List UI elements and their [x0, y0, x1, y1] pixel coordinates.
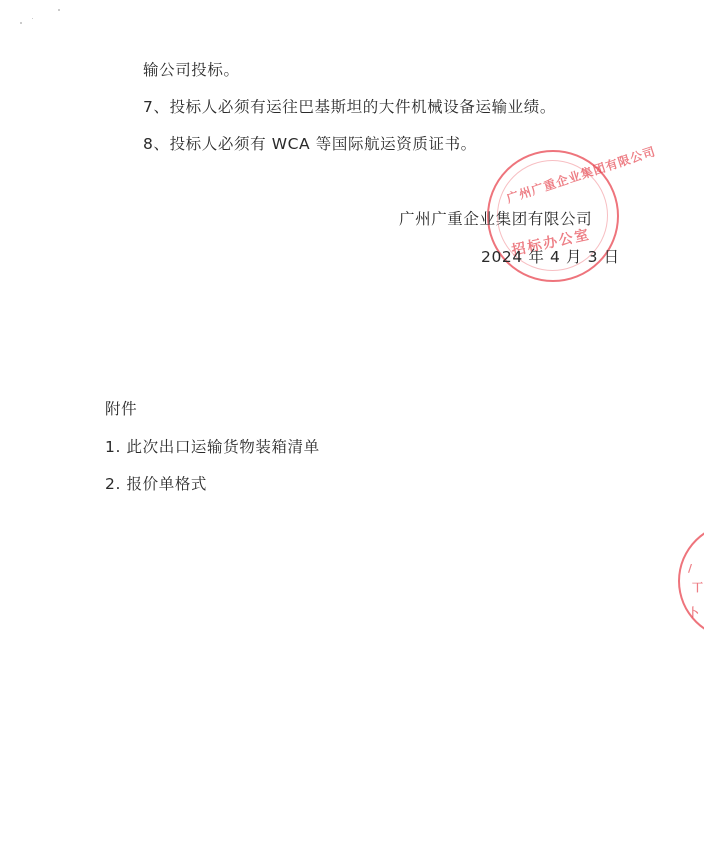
scan-speck	[58, 9, 60, 11]
requirement-item-8: 8、投标人必须有 WCA 等国际航运资质证书。	[143, 134, 477, 154]
attachment-number: 1.	[105, 438, 121, 456]
requirement-item-7: 7、投标人必须有运往巴基斯坦的大件机械设备运输业绩。	[143, 97, 556, 117]
item-number: 8、	[143, 135, 170, 153]
edge-seal-mark: 卜	[688, 604, 699, 620]
attachment-text: 报价单格式	[127, 475, 208, 493]
scan-speck	[20, 22, 22, 24]
attachment-text: 此次出口运输货物装箱清单	[127, 438, 320, 456]
scan-speck	[32, 18, 33, 19]
edge-seal-mark: 丅	[692, 579, 703, 595]
edge-seal-fragment: / 丅 卜	[678, 522, 704, 640]
edge-seal-mark: /	[688, 562, 692, 575]
item-number: 7、	[143, 98, 170, 116]
attachment-item-1: 1. 此次出口运输货物装箱清单	[105, 437, 320, 457]
signature-company: 广州广重企业集团有限公司	[399, 209, 592, 229]
signature-date: 2024 年 4 月 3 日	[481, 247, 620, 267]
attachment-item-2: 2. 报价单格式	[105, 474, 207, 494]
item-text: 投标人必须有 WCA 等国际航运资质证书。	[170, 135, 477, 153]
attachment-number: 2.	[105, 475, 121, 493]
item-text: 投标人必须有运往巴基斯坦的大件机械设备运输业绩。	[170, 98, 556, 116]
attachments-heading: 附件	[105, 399, 137, 419]
continuation-line: 输公司投标。	[143, 60, 240, 80]
